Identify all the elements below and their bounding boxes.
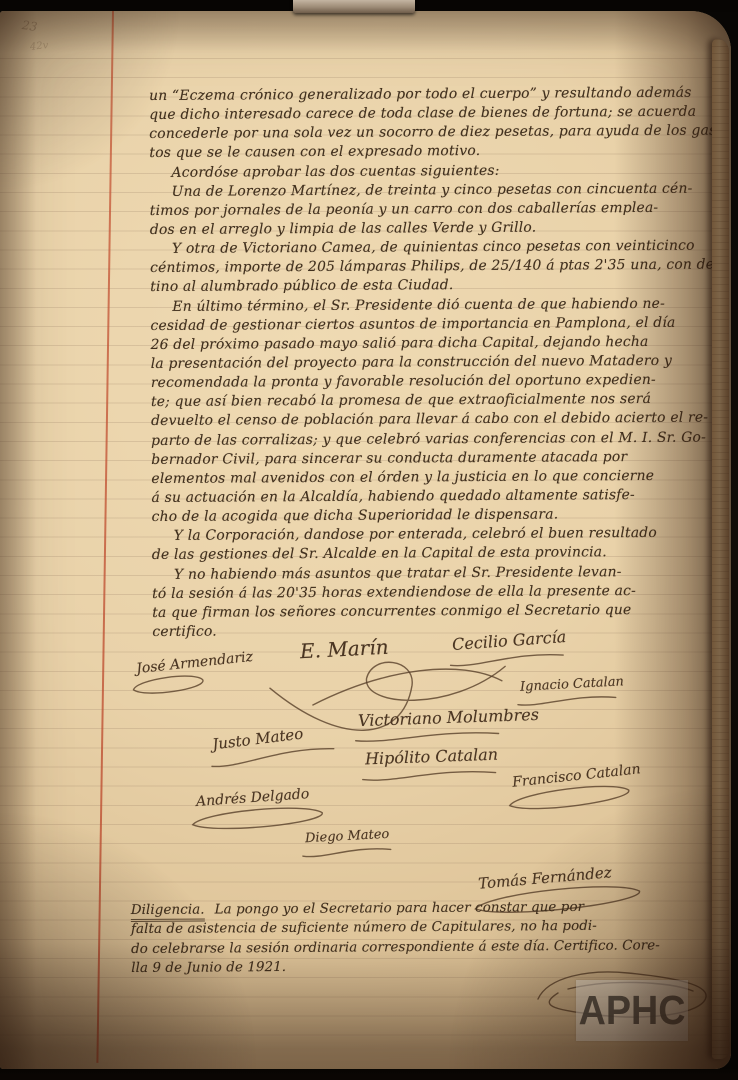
signature: Francisco Catalan [512,761,642,790]
aphc-watermark: APHC [576,980,688,1041]
manuscript-photo: 23 42v un “Eczema crónico generalizado p… [0,0,738,1080]
signature-flourish [359,764,499,785]
book-spine-bottom [0,1069,738,1080]
manuscript-line: timos por jornales de la peonía y un car… [150,198,716,221]
signature: Tomás Fernández [477,863,612,893]
manuscript-line: parto de las corralizas; y que celebró v… [151,428,717,451]
watermark-text: APHC [579,987,686,1034]
red-margin-line [96,11,114,1063]
signature: Hipólito Catalan [365,745,499,769]
manuscript-body: un “Eczema crónico generalizado por todo… [149,84,718,643]
signature: E. Marín [299,635,389,664]
signature: José Armendariz [135,649,253,677]
manuscript-line: concederle por una sola vez un socorro d… [149,122,715,145]
manuscript-line: céntimos, importe de 205 lámparas Philip… [150,256,716,279]
manuscript-line: Y la Corporación, dandose por enterada, … [152,524,718,547]
signature: Andrés Delgado [196,786,310,810]
signature: Justo Mateo [211,724,304,753]
signature: Ignacio Catalan [520,674,625,694]
manuscript-line: certifico. [152,619,718,642]
page-edge-stack [712,39,729,1059]
manuscript-line: á su actuación en la Alcaldía, habiendo … [151,485,717,508]
pencil-mark: 42v [29,40,48,53]
metal-clamp [293,0,415,13]
manuscript-line: tó la sesión á las 20'35 horas extendien… [152,581,718,604]
manuscript-page: 23 42v un “Eczema crónico generalizado p… [0,11,731,1069]
diligencia-line: do celebrarse la sesión ordinaria corres… [131,936,719,959]
signature: Diego Mateo [305,827,390,846]
pencil-mark: 23 [21,18,38,34]
